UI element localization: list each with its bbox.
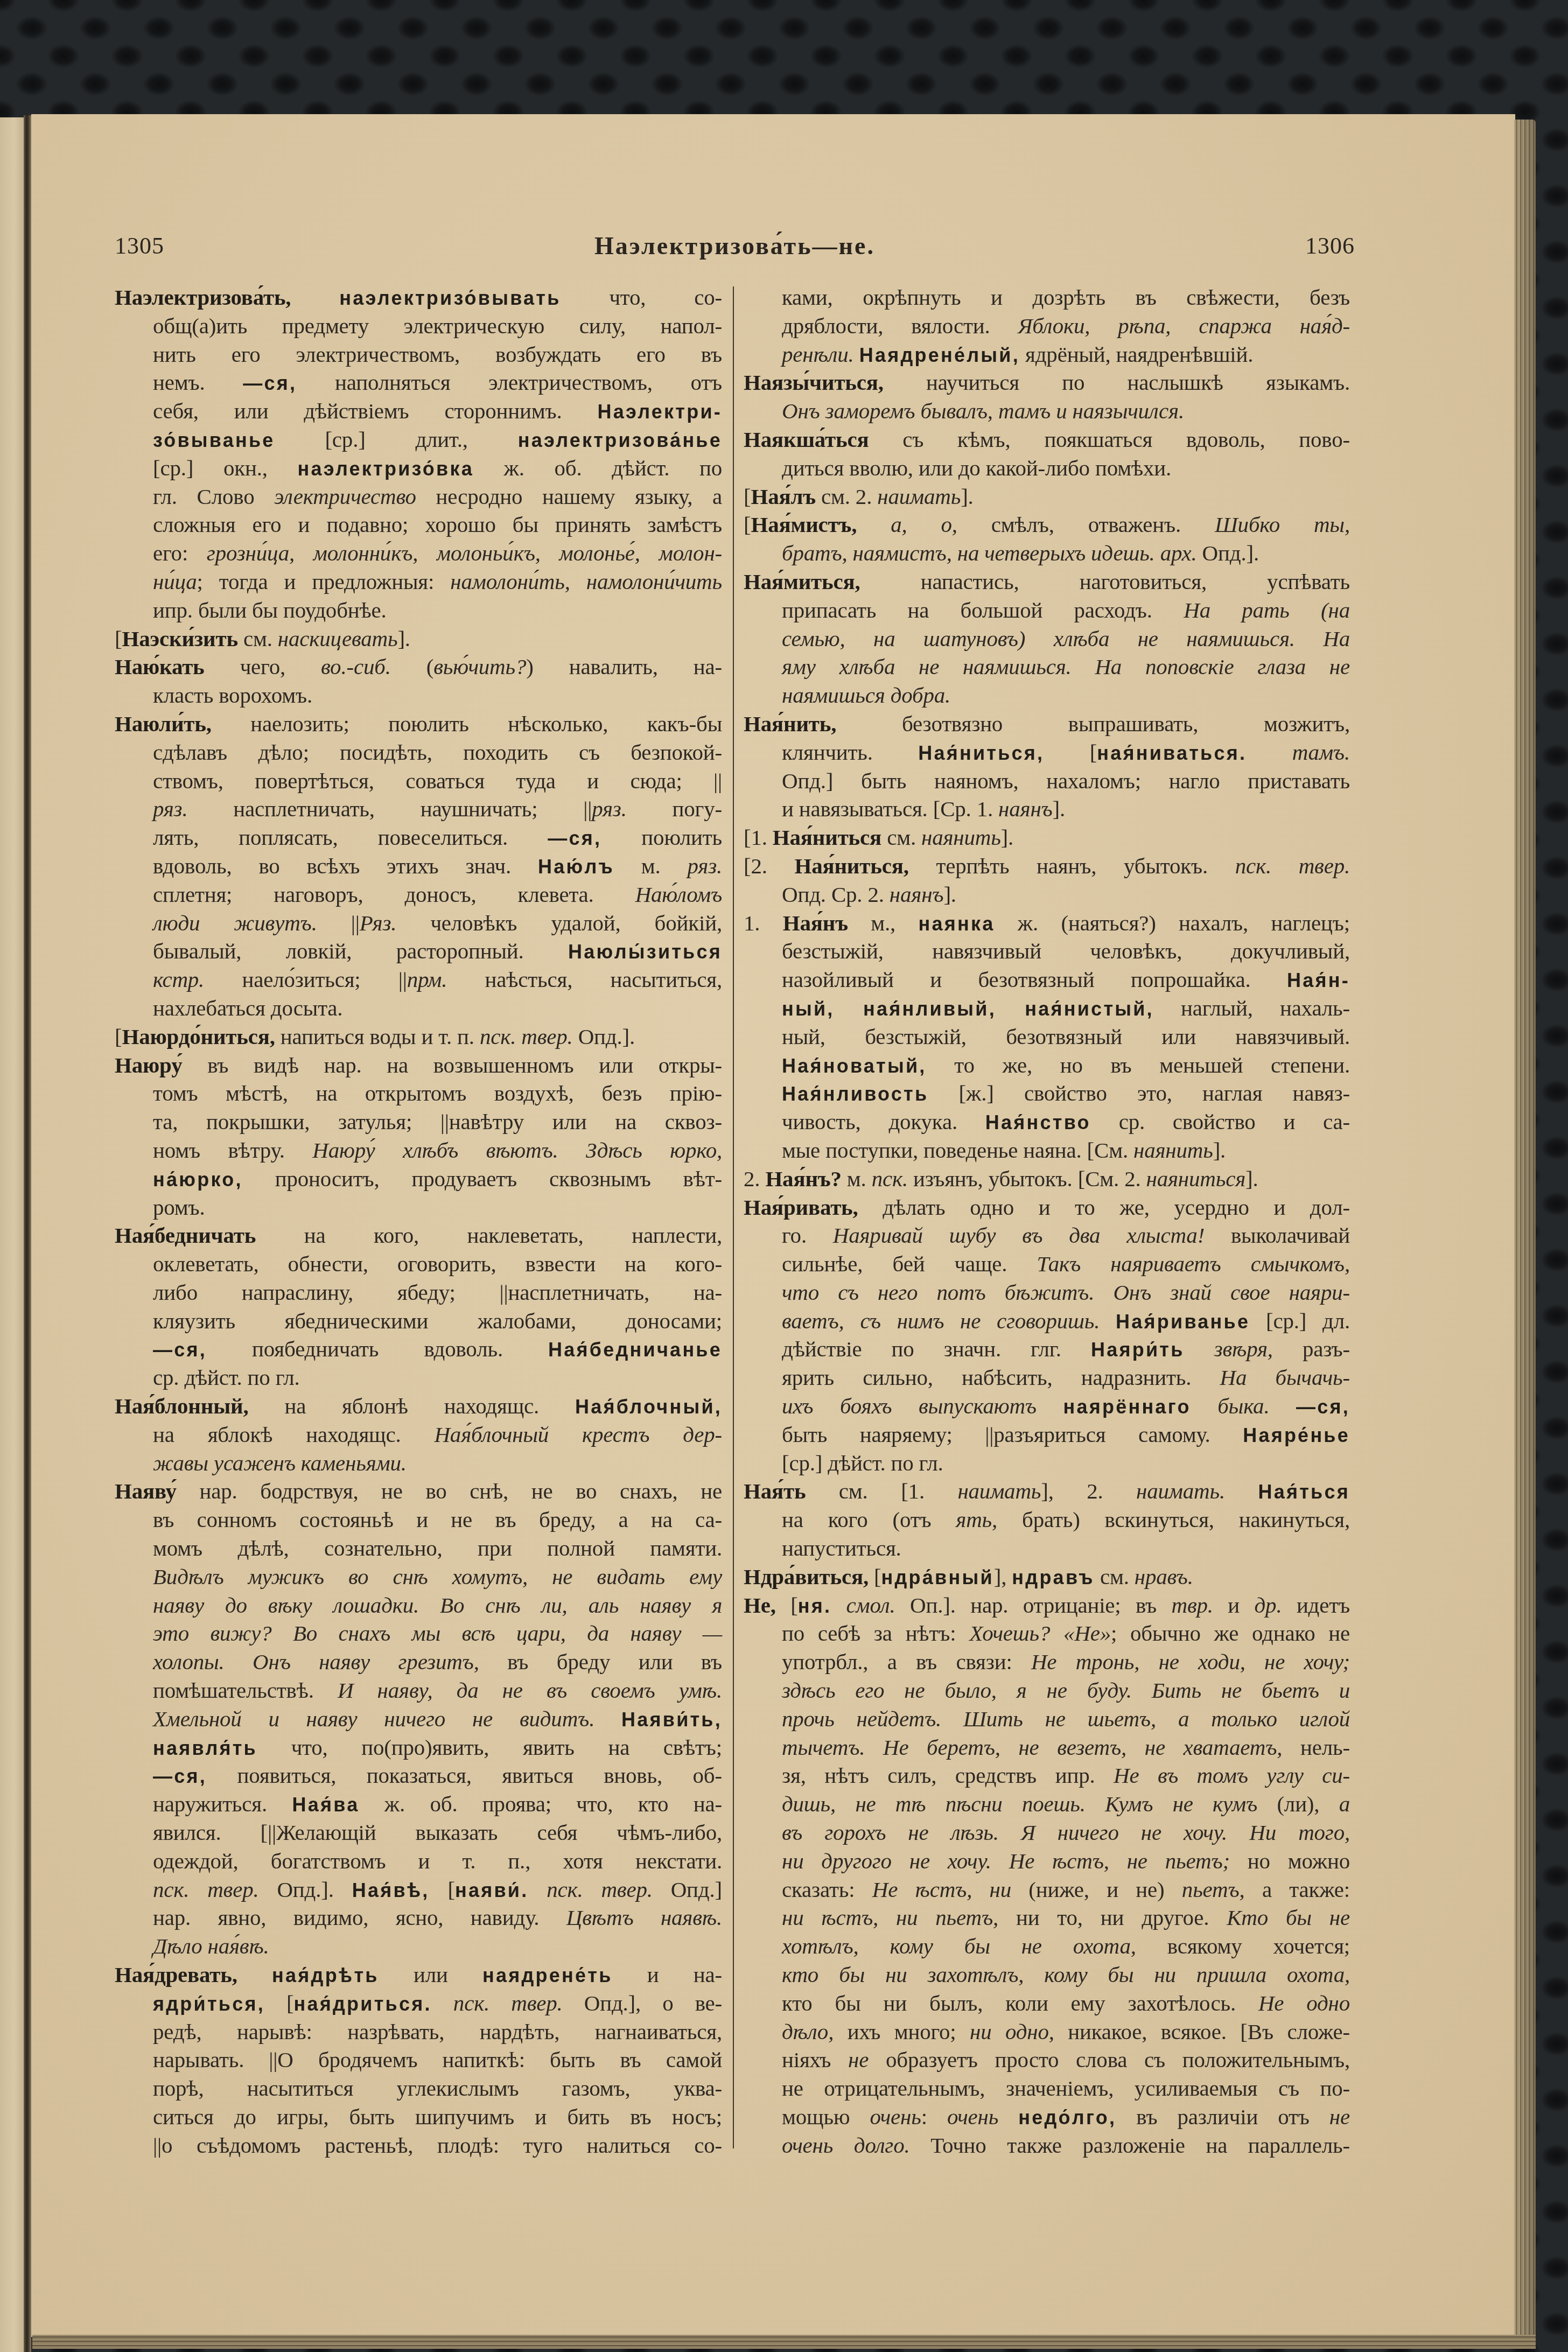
dictionary-entry: Ная́нить, безотвязно выпрашивать, мозжит… — [744, 710, 1350, 823]
headword: Наяву́ — [115, 1479, 177, 1503]
italic-text: наяву до вѣку лошадки. Во снѣ ли, аль на… — [153, 1593, 722, 1618]
italic-text: тычетъ. Не беретъ, не везетъ, не хватает… — [782, 1735, 1282, 1760]
body-text — [998, 2104, 1018, 2129]
body-text: явился. [||Желающій выказать себя чѣмъ-л… — [153, 1820, 722, 1845]
text-line: зя, нѣтъ силъ, средствъ ипр. Не въ томъ … — [744, 1761, 1350, 1790]
text-line: дишь, не тѣ пѣсни поешь. Кумъ не кумъ (л… — [744, 1790, 1350, 1818]
body-text: въ различіи отъ — [1116, 2104, 1329, 2129]
italic-text: ряз. — [592, 796, 626, 821]
text-line: напуститься. — [744, 1534, 1350, 1563]
italic-text: Цвѣтъ наявѣ. — [566, 1905, 722, 1930]
body-text: Опд.] быть наяномъ, нахаломъ; нагло прис… — [782, 768, 1350, 793]
body-text: кто бы ни былъ, коли ему захотѣлось. — [782, 1991, 1258, 2015]
headword: Наэски́зить — [122, 626, 237, 651]
text-line: [2. Ная́ниться, терпѣть наянъ, убытокъ. … — [744, 852, 1350, 880]
dictionary-entry: Наязы́читься, научиться по наслышкѣ язык… — [744, 368, 1350, 425]
dictionary-entry: Не, [ня. смол. Оп.]. нар. отрицаніе; въ … — [744, 1591, 1350, 2160]
dictionary-entry: ками, окрѣпнуть и дозрѣть въ свѣжести, б… — [744, 283, 1350, 368]
text-line: ядри́ться, [ная́дриться. пск. твер. Опд.… — [115, 1989, 722, 2018]
text-line: сильнѣе, бей чаще. Такъ наяриваетъ смычк… — [744, 1250, 1350, 1278]
text-line: Ная́нливость [ж.] свойство это, наглая н… — [744, 1079, 1350, 1108]
italic-text: пьетъ, — [1182, 1877, 1245, 1902]
italic-text: ваетъ, съ нимъ не сговоришь. — [782, 1308, 1100, 1333]
italic-text: ни другого не хочу. Не ѣстъ, не пьетъ; — [782, 1849, 1230, 1873]
body-text: Точно также разложеніе на параллель- — [910, 2133, 1350, 2158]
text-line: либо напраслину, ябеду; ||насплетничать,… — [115, 1278, 722, 1307]
text-line: [Наэски́зить см. наскицевать]. — [115, 625, 722, 653]
italic-text: очень — [947, 2104, 998, 2129]
text-line: номъ вѣтру. Наюру́ хлѣбъ вѣютъ. Здѣсь юр… — [115, 1136, 722, 1165]
body-text: ж. (наяться?) нахалъ, наглецъ; — [995, 911, 1350, 935]
derived-form: —ся, — [1296, 1396, 1350, 1418]
text-line: быть наяряему; ||разъяриться самому. Ная… — [744, 1420, 1350, 1449]
derived-form: —ся, — [548, 827, 601, 849]
text-line: тычетъ. Не беретъ, не везетъ, не хватает… — [744, 1733, 1350, 1762]
italic-text: жавы усаженъ каменьями. — [153, 1451, 407, 1475]
text-line: лять, поплясать, повеселиться. —ся, поюл… — [115, 823, 722, 852]
headword: Ная́нъ? — [765, 1166, 841, 1191]
text-line: ||о съѣдомомъ растеньѣ, плодѣ: туго нали… — [115, 2131, 722, 2160]
body-text: напастись, наготовиться, успѣвать — [860, 569, 1350, 594]
body-text: либо напраслину, ябеду; ||насплетничать,… — [153, 1280, 722, 1305]
book-gutter — [24, 115, 31, 2352]
derived-form: Ная́бедничанье — [548, 1339, 722, 1361]
text-line: яму хлѣба не наямишься. На поповскіе гла… — [744, 653, 1350, 681]
text-line: по себѣ за нѣтъ: Хочешь? «Не»; обычно же… — [744, 1619, 1350, 1648]
headword: Ная́мистъ, — [751, 512, 857, 537]
text-line: Хмельной и наяву ничего не видитъ. Наяви… — [115, 1705, 722, 1733]
italic-text: ни́ца — [153, 569, 197, 594]
body-text: научиться по наслышкѣ языкамъ. — [884, 370, 1350, 395]
body-text: его: — [153, 541, 207, 565]
text-line: это вижу? Во снахъ мы всѣ цари, да наяву… — [115, 1619, 722, 1648]
body-text: (ли), — [1257, 1791, 1339, 1816]
page-stack-edge-right — [1514, 120, 1536, 2340]
page-number-left: 1305 — [115, 232, 164, 260]
body-text: ромъ. — [153, 1195, 205, 1220]
italic-text: прочь нейдетъ. Шить не шьетъ, а только и… — [782, 1706, 1350, 1731]
text-line: ствомъ, повертѣться, соваться туда и сюд… — [115, 767, 722, 795]
right-column: ками, окрѣпнуть и дозрѣть въ свѣжести, б… — [744, 283, 1350, 2160]
italic-text: наскицевать — [278, 626, 398, 651]
body-text — [1225, 1479, 1258, 1503]
text-line: ярить сильно, набѣсить, надразнить. На б… — [744, 1363, 1350, 1392]
derived-form: Наюлы́зиться — [568, 941, 722, 963]
dictionary-entry: [Ная́лъ см. 2. наимать]. — [744, 482, 1350, 511]
italic-text: тамъ. — [1292, 740, 1350, 765]
text-line: наружиться. Ная́ва ж. об. проява; что, к… — [115, 1790, 722, 1818]
body-text: [ср.] окн., — [153, 456, 297, 480]
headword: Ная́миться, — [744, 569, 860, 594]
text-line: жавы усаженъ каменьями. — [115, 1449, 722, 1478]
body-text: : — [921, 2104, 947, 2129]
body-text: и на- — [613, 1962, 722, 1987]
dictionary-entry: Ная́ть см. [1. наимать], 2. наимать. Ная… — [744, 1477, 1350, 1562]
italic-text: Видѣлъ мужикъ во снѣ хомутъ, не видать е… — [153, 1564, 722, 1589]
body-text: дряблости, вялости. — [782, 313, 1018, 338]
text-line: Наяву́ нар. бодрствуя, не во снѣ, не во … — [115, 1477, 722, 1506]
italic-text: въ горохъ не лѣзь. Я ничего не хочу. Ни … — [782, 1820, 1350, 1845]
text-line: Онъ заморемъ бывалъ, тамъ и наязычился. — [744, 397, 1350, 425]
text-line: хотѣлъ, кому бы не охота, всякому хочетс… — [744, 1932, 1350, 1961]
body-text: на кого (отъ — [782, 1507, 956, 1532]
italic-text: наянъ — [890, 882, 944, 907]
body-text: [ — [265, 1991, 294, 2015]
body-text: бывалый, ловкій, расторопный. — [153, 939, 568, 963]
italic-text: звѣря, — [1214, 1336, 1273, 1361]
page-header: 1305 Наэлектризова́ть—не. 1306 — [115, 230, 1355, 261]
derived-form: Ная́ться — [1258, 1481, 1350, 1503]
italic-text: смол. — [846, 1593, 895, 1618]
text-line: зо́выванье [ср.] длит., наэлектризова́нь… — [115, 425, 722, 454]
derived-form: недо́лго, — [1018, 2106, 1116, 2129]
body-text: [ср.] дѣйст. по гл. — [782, 1451, 943, 1475]
previous-page-edge — [0, 117, 24, 2352]
dictionary-entry: Ная́миться, напастись, наготовиться, усп… — [744, 568, 1350, 710]
text-line: —ся, поябедничать вдоволь. Ная́бедничань… — [115, 1335, 722, 1363]
body-text: насплетничать, наушничать; || — [187, 796, 592, 821]
text-line: Ная́нить, безотвязно выпрашивать, мозжит… — [744, 710, 1350, 738]
text-line: чивость, докука. Ная́нство ср. свойство … — [744, 1108, 1350, 1136]
body-text: немъ. — [153, 370, 243, 395]
text-line: кстр. наело́зиться; ||прм. наѣсться, нас… — [115, 965, 722, 994]
derived-form: ная́дриться. — [294, 1993, 432, 2015]
italic-text: не — [848, 2047, 869, 2072]
body-text: а также: — [1245, 1877, 1350, 1902]
body-text: [ср.] длит., — [275, 427, 518, 452]
dictionary-entry: Наякша́ться съ кѣмъ, поякшаться вдоволь,… — [744, 425, 1350, 482]
text-line: сдѣлавъ дѣло; посидѣть, походить съ безп… — [115, 738, 722, 767]
text-line: Ная́ть см. [1. наимать], 2. наимать. Ная… — [744, 1477, 1350, 1506]
body-text — [854, 342, 859, 367]
text-line: [ср.] дѣйст. по гл. — [744, 1449, 1350, 1478]
italic-text: что съ него потъ бѣжитъ. Онъ знай свое н… — [782, 1280, 1350, 1305]
body-text — [594, 1706, 621, 1731]
text-line: здѣсь его не было, я не буду. Бить не бь… — [744, 1676, 1350, 1705]
headword: Ная́нить, — [744, 711, 836, 736]
italic-text: быка. — [1217, 1394, 1269, 1418]
dictionary-entry: 2. Ная́нъ? м. пск. изъянъ, убытокъ. [См.… — [744, 1165, 1350, 1193]
body-text: см. — [1095, 1564, 1135, 1589]
derived-form: наядрене́ть — [482, 1964, 613, 1986]
text-line: Ная́миться, напастись, наготовиться, усп… — [744, 568, 1350, 596]
italic-text: холопы. Онъ наяву грезитъ, — [153, 1649, 479, 1674]
derived-form: Наяри́ть — [1091, 1339, 1185, 1361]
headword: Наюру́ — [115, 1053, 182, 1077]
headword: Ная́ривать, — [744, 1195, 858, 1220]
body-text: употрбл., а въ связи: — [782, 1649, 1031, 1674]
text-line: явился. [||Желающій выказать себя чѣмъ-л… — [115, 1818, 722, 1847]
body-text: ) навалить, на- — [526, 654, 722, 679]
italic-text: ихъ бояхъ выпускаютъ — [782, 1394, 1037, 1418]
body-text: безстыжій, навязчивый человѣкъ, докучлив… — [782, 939, 1350, 963]
italic-text: пск. твер. — [480, 1024, 573, 1049]
body-text: ; тогда и предложныя: — [197, 569, 451, 594]
italic-text: пск. твер. — [453, 1991, 563, 2015]
body-text: наѣсться, насытиться, — [447, 967, 722, 992]
text-line: го. Наяривай шубу въ два хлыста! выколач… — [744, 1221, 1350, 1250]
italic-text: братъ, наямистъ, на четверыхъ идешь. арх… — [782, 541, 1197, 565]
italic-text: Хмельной и наяву ничего не видитъ. — [153, 1706, 594, 1731]
derived-form: Ная́риванье — [1116, 1311, 1250, 1333]
derived-form: ндравъ — [1012, 1566, 1095, 1588]
text-line: Наюли́ть, наелозить; поюлить нѣсколько, … — [115, 710, 722, 738]
body-text: съ кѣмъ, поякшаться вдоволь, пово- — [869, 427, 1350, 452]
text-line: Опд. Ср. 2. наянъ]. — [744, 880, 1350, 909]
italic-text: На бычачь- — [1220, 1365, 1350, 1390]
text-line: ками, окрѣпнуть и дозрѣть въ свѣжести, б… — [744, 283, 1350, 312]
body-text: та, покрышки, затулья; ||навѣтру или на … — [153, 1109, 722, 1134]
text-line: момъ дѣлѣ, сознательно, при полной памят… — [115, 1534, 722, 1563]
body-text: чего, — [205, 654, 321, 679]
derived-form: наярённаго — [1063, 1396, 1191, 1418]
text-line: 2. Ная́нъ? м. пск. изъянъ, убытокъ. [См.… — [744, 1165, 1350, 1193]
italic-text: электричество — [274, 484, 416, 509]
body-text: [ж.] свойство это, наглая навяз- — [928, 1081, 1350, 1105]
dictionary-entry: Ная́ривать, дѣлать одно и то же, усердно… — [744, 1193, 1350, 1478]
body-text: мощью — [782, 2104, 870, 2129]
body-text: никакое, всякое. [Въ сложе- — [1054, 2019, 1350, 2044]
italic-text: наямишься добра. — [782, 683, 950, 708]
body-text: наружиться. — [153, 1791, 292, 1816]
body-text: ярить сильно, набѣсить, надразнить. — [782, 1365, 1220, 1390]
body-text: кляузить ябедническими жалобами, доносам… — [153, 1308, 722, 1333]
text-line: томъ мѣстѣ, на открытомъ воздухѣ, безъ п… — [115, 1079, 722, 1108]
text-line: на́юрко, проноситъ, продуваетъ сквознымъ… — [115, 1165, 722, 1193]
body-text: [ — [430, 1877, 455, 1902]
italic-text: Наюру́ хлѣбъ вѣютъ. Здѣсь юрко, — [312, 1138, 722, 1163]
text-line: Не, [ня. смол. Оп.]. нар. отрицаніе; въ … — [744, 1591, 1350, 1620]
body-text: 2. — [744, 1166, 765, 1191]
body-text: ж. об. дѣйст. по — [474, 456, 722, 480]
text-line: ный, безстыжій, безотвязный или навязчив… — [744, 1023, 1350, 1051]
body-text: наполняться электричествомъ, отъ — [297, 370, 722, 395]
italic-text: Ная́блочный крестъ дер- — [434, 1422, 722, 1447]
italic-text: дѣло, — [782, 2019, 834, 2044]
text-line: ситься до игры, быть шипучимъ и бить въ … — [115, 2103, 722, 2131]
body-text — [831, 1593, 846, 1618]
text-line: [Ная́мистъ, а, о, смѣлъ, отваженъ. Шибко… — [744, 510, 1350, 539]
body-text: Опд.]. — [1197, 541, 1259, 565]
left-column: Наэлектризова́ть, наэлектризо́вывать что… — [115, 283, 722, 2160]
body-text: ср. дѣйст. по гл. — [153, 1365, 300, 1390]
derived-form: ндра́вный — [881, 1566, 993, 1588]
body-text: сказать: — [782, 1877, 872, 1902]
headword: Ная́ть — [744, 1479, 806, 1503]
text-line: ни ѣстъ, ни пьетъ, ни то, ни другое. Кто… — [744, 1903, 1350, 1932]
body-text: по себѣ за нѣтъ: — [782, 1621, 969, 1646]
italic-text: ни ѣстъ, ни пьетъ, — [782, 1905, 998, 1930]
italic-text: наянить — [921, 825, 1001, 850]
derived-form: Наядрене́лый, — [859, 344, 1020, 366]
text-line: очень долго. Точно также разложеніе на п… — [744, 2131, 1350, 2160]
text-line: ряз. насплетничать, наушничать; ||ряз. п… — [115, 795, 722, 823]
body-text: ||о съѣдомомъ растеньѣ, плодѣ: туго нали… — [153, 2133, 722, 2158]
body-text: [ — [744, 512, 751, 537]
body-text: быть наяряему; ||разъяриться самому. — [782, 1422, 1243, 1447]
headword: Наэлектризова́ть, — [115, 285, 291, 310]
derived-form: —ся, — [153, 1765, 207, 1787]
body-text: ]. — [397, 626, 410, 651]
text-line: ни другого не хочу. Не ѣстъ, не пьетъ; н… — [744, 1847, 1350, 1875]
text-line: 1. Ная́нъ м., наянка ж. (наяться?) нахал… — [744, 909, 1350, 937]
body-text: || — [317, 911, 360, 935]
body-text: м. — [614, 853, 688, 878]
body-text: [ — [869, 1564, 881, 1589]
derived-form: Ная́вѣ, — [352, 1879, 430, 1901]
body-text: [ — [115, 626, 122, 651]
text-line: нить его электричествомъ, возбуждать его… — [115, 340, 722, 369]
dictionary-entry: Ная́древать, ная́дрѣть или наядрене́ть и… — [115, 1961, 722, 2160]
body-text: [ср.] дл. — [1250, 1308, 1350, 1333]
text-line: оклеветать, обнести, оговорить, взвести … — [115, 1250, 722, 1278]
body-text: сдѣлавъ дѣло; посидѣть, походить съ безп… — [153, 740, 722, 765]
italic-text: кто бы ни захотѣлъ, кому бы ни пришла ох… — [782, 1962, 1350, 1987]
italic-text: пск. твер. — [153, 1877, 259, 1902]
italic-text: вью́чить? — [433, 654, 526, 679]
text-line: [Ная́лъ см. 2. наимать]. — [744, 482, 1350, 511]
headword: Не, — [744, 1593, 776, 1618]
text-line: мощью очень: очень недо́лго, въ различіи… — [744, 2103, 1350, 2131]
body-text: изъянъ, убытокъ. [См. 2. — [908, 1166, 1146, 1191]
body-text: и — [1213, 1593, 1255, 1618]
headword: Ндра́виться, — [744, 1564, 869, 1589]
body-text: ипр. были бы поудобнѣе. — [153, 598, 387, 622]
text-line: ромъ. — [115, 1193, 722, 1222]
derived-form: Наяре́нье — [1243, 1424, 1350, 1446]
italic-text: наянъ — [998, 796, 1053, 821]
headword: Наякша́ться — [744, 427, 869, 452]
body-text — [528, 1877, 547, 1902]
text-line: Наязы́читься, научиться по наслышкѣ язык… — [744, 368, 1350, 397]
derived-form: Ная́нливость — [782, 1083, 928, 1105]
italic-text: намолони́ть, намолони́чить — [450, 569, 722, 594]
text-line: бывалый, ловкій, расторопный. Наюлы́зить… — [115, 937, 722, 965]
text-line: порѣ, насытиться углекислымъ газомъ, укв… — [115, 2074, 722, 2103]
body-text: диться вволю, или до какой-либо помѣхи. — [782, 456, 1171, 480]
italic-text: здѣсь его не было, я не буду. Бить не бь… — [782, 1678, 1350, 1703]
text-line: вдоволь, во всѣхъ этихъ знач. Наю́лъ м. … — [115, 852, 722, 880]
body-text: Опд.], о ве- — [563, 1991, 722, 2015]
text-line: припасать на большой расходъ. На рать (н… — [744, 596, 1350, 625]
text-line: одеждой, богатствомъ и т. п., хотя некст… — [115, 1847, 722, 1875]
body-text: безотвязно выпрашивать, мозжитъ, — [836, 711, 1350, 736]
dictionary-entry: Наэлектризова́ть, наэлектризо́вывать что… — [115, 283, 722, 625]
text-line: себя, или дѣйствіемъ стороннимъ. Наэлект… — [115, 397, 722, 425]
body-text: см. — [238, 626, 278, 651]
body-text: ]. — [1001, 825, 1014, 850]
body-text: въ сонномъ состояньѣ и не въ бреду, а на… — [153, 1507, 722, 1532]
body-text: ками, окрѣпнуть и дозрѣть въ свѣжести, б… — [782, 285, 1350, 310]
derived-form: Наю́лъ — [538, 856, 614, 878]
body-text: нахлебаться досыта. — [153, 996, 342, 1020]
derived-form: наэлектризо́вка — [297, 458, 473, 480]
body-text: или — [379, 1962, 482, 1987]
italic-text: кстр. — [153, 967, 204, 992]
body-text: въ бреду или въ — [479, 1649, 722, 1674]
derived-form: ня. — [798, 1595, 831, 1617]
derived-form: наянка — [918, 913, 995, 935]
body-text: см. [1. — [806, 1479, 957, 1503]
text-line: помѣшательствѣ. И наяву, да не въ своемъ… — [115, 1676, 722, 1705]
body-text: не отрицательнымъ, значеніемъ, усиливаем… — [782, 2076, 1350, 2101]
body-text: одеждой, богатствомъ и т. п., хотя некст… — [153, 1849, 722, 1873]
text-line: та, покрышки, затулья; ||навѣтру или на … — [115, 1108, 722, 1136]
body-text: поюлить — [601, 825, 722, 850]
text-line: люди живутъ. ||Ряз. человѣкъ удалой, бой… — [115, 909, 722, 937]
body-text: ж. об. проява; что, кто на- — [359, 1791, 722, 1816]
italic-text: Наю́ломъ — [635, 882, 722, 907]
body-text: напуститься. — [782, 1536, 901, 1560]
body-text: ни то, ни другое. — [998, 1905, 1227, 1930]
dictionary-entry: Наюру́ въ видѣ нар. на возвышенномъ или … — [115, 1051, 722, 1222]
text-line: семью, на шатуновъ) хлѣба не наямишься. … — [744, 625, 1350, 653]
body-text: мые поступки, поведенье наяна. [См. — [782, 1138, 1133, 1163]
body-text — [237, 1962, 272, 1987]
italic-text: Наяривай шубу въ два хлыста! — [833, 1223, 1205, 1248]
body-text: что, со- — [561, 285, 722, 310]
dictionary-entry: Ндра́виться, [ндра́вный], ндравъ см. нра… — [744, 1563, 1350, 1591]
body-text: гл. Слово — [153, 484, 274, 509]
body-text: напиться воды и т. п. — [275, 1024, 480, 1049]
italic-text: наимать — [957, 1479, 1041, 1503]
body-text: нар. явно, видимо, ясно, навиду. — [153, 1905, 566, 1930]
text-line: Ная́новатый, то же, но въ меньшей степен… — [744, 1051, 1350, 1080]
italic-text: наимать. — [1136, 1479, 1225, 1503]
italic-text: ряз. — [688, 853, 722, 878]
body-text — [1100, 1308, 1116, 1333]
body-text: наелозить; поюлить нѣсколько, какъ-бы — [212, 711, 722, 736]
derived-form: Ная́ниться, — [918, 742, 1044, 764]
body-text: томъ мѣстѣ, на открытомъ воздухѣ, безъ п… — [153, 1081, 722, 1105]
italic-text: Не ѣстъ, ни — [872, 1877, 1011, 1902]
body-text: на яблокѣ находящс. — [153, 1422, 434, 1447]
dictionary-entry: Ная́бедничать на кого, наклеветать, напл… — [115, 1221, 722, 1392]
body-text: наглый, нахаль- — [1154, 996, 1350, 1020]
italic-text: а, о, — [891, 512, 957, 537]
text-line: Наю́кать чего, во.-сиб. (вью́чить?) нава… — [115, 653, 722, 681]
text-line: Наэлектризова́ть, наэлектризо́вывать что… — [115, 283, 722, 312]
derived-form: на́юрко, — [153, 1168, 243, 1191]
body-text: [ — [115, 1024, 122, 1049]
body-text: на яблонѣ находящс. — [249, 1394, 575, 1418]
text-line: назойливый и безотвязный попрошайка. Ная… — [744, 965, 1350, 994]
body-text: идетъ — [1282, 1593, 1350, 1618]
body-text: образуетъ просто слова съ положительнымъ… — [869, 2047, 1350, 2072]
italic-text: наимать — [877, 484, 961, 509]
headword: Наязы́читься, — [744, 370, 884, 395]
italic-text: грозни́ца, молонни́къ, молоньи́къ, молон… — [207, 541, 722, 565]
italic-text: пск. твер. — [1235, 853, 1350, 878]
text-line: немъ. —ся, наполняться электричествомъ, … — [115, 368, 722, 397]
italic-text: очень долго. — [782, 2133, 910, 2158]
text-line: холопы. Онъ наяву грезитъ, въ бреду или … — [115, 1648, 722, 1676]
body-text: го. — [782, 1223, 833, 1248]
italic-text: Кто бы не — [1227, 1905, 1350, 1930]
italic-text: Не одно — [1258, 1991, 1350, 2015]
headword: Ная́лъ — [751, 484, 815, 509]
text-line: братъ, наямистъ, на четверыхъ идешь. арх… — [744, 539, 1350, 568]
body-text: м. — [842, 1166, 872, 1191]
body-text: припасать на большой расходъ. — [782, 598, 1184, 622]
body-text: Опд.]. — [259, 1877, 352, 1902]
body-text: лять, поплясать, повеселиться. — [153, 825, 548, 850]
body-text — [1185, 1336, 1214, 1361]
body-text: класть ворохомъ. — [153, 683, 312, 708]
text-line: дряблости, вялости. Яблоки, рѣпа, спаржа… — [744, 312, 1350, 340]
body-text: см. 2. — [816, 484, 877, 509]
body-text — [432, 1991, 453, 2015]
